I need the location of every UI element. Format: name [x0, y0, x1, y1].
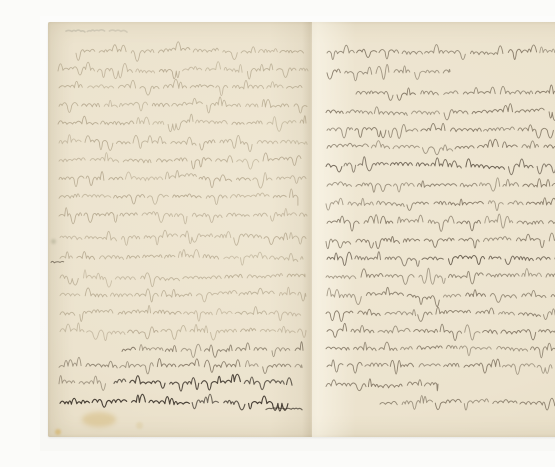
handwriting-right-page	[326, 45, 555, 410]
handwriting-overlay	[40, 16, 555, 451]
letter-photograph: Photograph of a two-page autograph lette…	[40, 16, 555, 451]
handwriting-left-page	[51, 42, 308, 411]
pencil-annotation	[66, 30, 127, 32]
